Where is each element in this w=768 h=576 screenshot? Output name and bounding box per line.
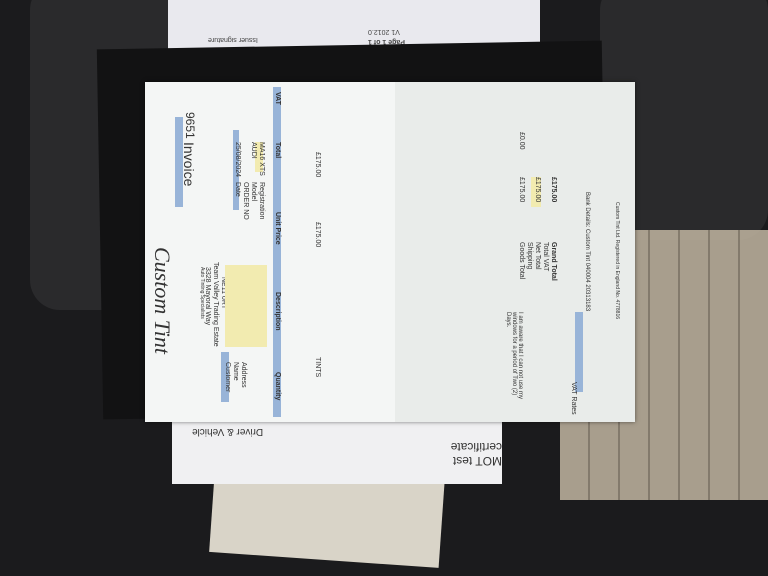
item-unit-price: £175.00	[314, 222, 321, 247]
date-label: Date	[234, 182, 241, 197]
dvsa-label: Driver & Vehicle	[192, 426, 263, 437]
invoice-title: Invoice	[181, 142, 197, 186]
company-logo: Custom Tint	[149, 247, 175, 354]
shipping-label: Shipping	[526, 242, 533, 269]
mot-certificate-bottom: MOT test certificate Driver & Vehicle	[172, 420, 502, 484]
total-vat-label: Total VAT	[542, 242, 549, 271]
net-total: £175.00	[534, 177, 541, 202]
col-description: Description	[274, 292, 281, 331]
col-vat: VAT	[274, 92, 281, 105]
col-quantity: Quantity	[274, 372, 281, 400]
company-footer: Custom Tint Ltd. Registered in England N…	[614, 202, 620, 319]
grand-total-label: Grand Total	[550, 242, 557, 281]
registration-label: Registration	[258, 182, 265, 219]
invoice-right-page: Goods Total Shipping Net Total Total VAT…	[395, 82, 635, 422]
model-value: AUDI	[250, 142, 257, 159]
item-total: £175.00	[314, 152, 321, 177]
name-label: Name	[232, 362, 239, 381]
address-line: Team Valley Trading Estate	[212, 262, 219, 347]
col-total: Total	[274, 142, 281, 158]
mot-title: MOT test certificate	[402, 440, 502, 468]
disclaimer: I am aware that I can not use my windows…	[505, 312, 523, 402]
date-value: 25/08/2024	[234, 142, 241, 177]
invoice-number: 9651	[183, 112, 197, 139]
goods-total-label: Goods Total	[518, 242, 525, 279]
col-unit-price: Unit Price	[274, 212, 281, 245]
invoice: Invoice 9651 Date 25/08/2024 ORDER NO Mo…	[145, 82, 635, 422]
grand-total: £175.00	[550, 177, 557, 202]
invoice-left-page: Invoice 9651 Date 25/08/2024 ORDER NO Mo…	[145, 82, 395, 422]
registration-value: MA16 XTS	[258, 142, 265, 176]
net-total-label: Net Total	[534, 242, 541, 270]
address-label: Address	[240, 362, 247, 388]
version: V1 2012.0	[368, 28, 400, 35]
address-line: 3328 Mayoral Way	[204, 267, 211, 325]
model-label: Model	[250, 182, 257, 201]
bank-details: Bank Details: Custom Tint 040004 2031318…	[584, 192, 590, 311]
goods-total: £175.00	[518, 177, 525, 202]
item-description: TINTS	[314, 357, 321, 377]
order-label: ORDER NO	[242, 182, 249, 220]
vat-rates-title: VAT Rates	[570, 382, 577, 415]
goods-vat: £0.00	[518, 132, 525, 150]
issuer-signature: Issuer signature	[208, 36, 258, 43]
customer-label: Customer	[224, 362, 231, 392]
